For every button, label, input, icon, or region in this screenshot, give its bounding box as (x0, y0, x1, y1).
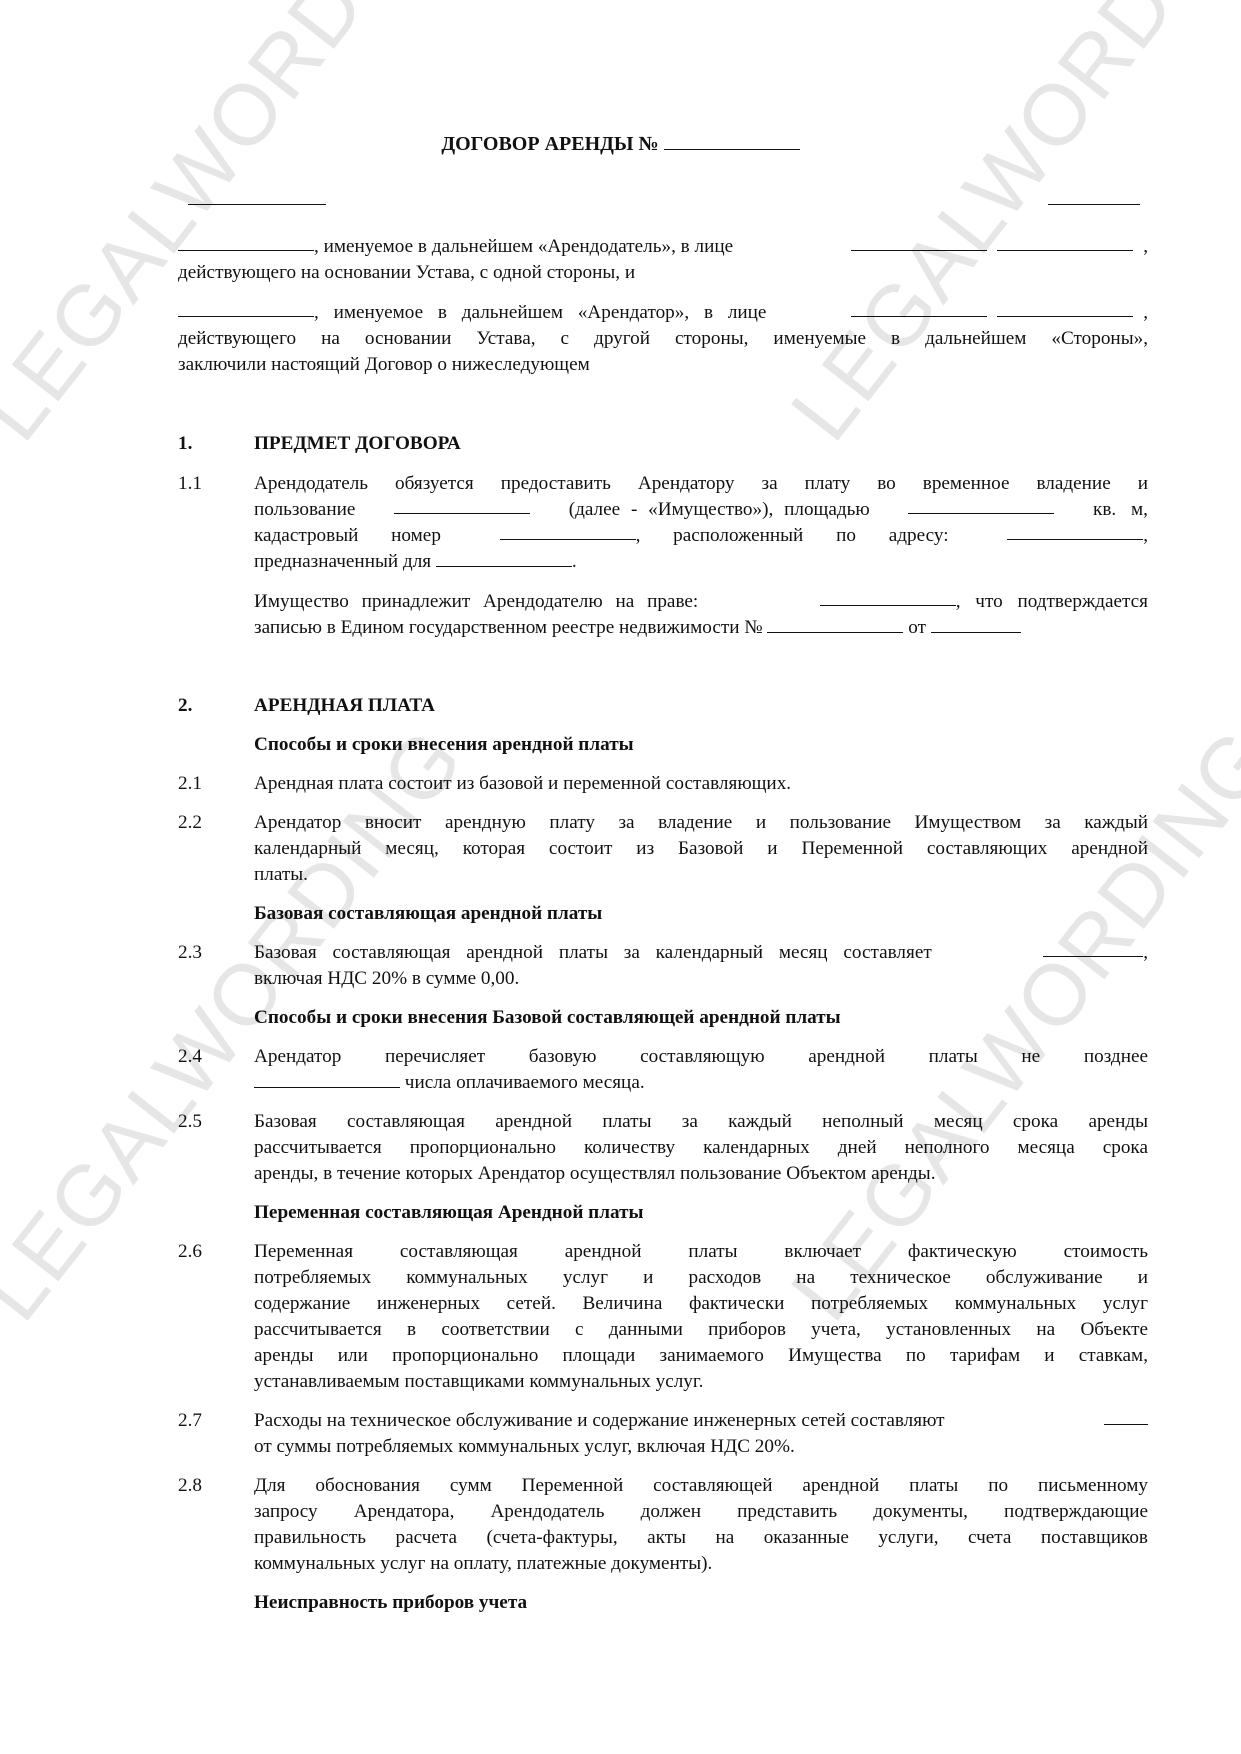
clause-1-1-line3: кадастровый номер , расположенный по адр… (254, 523, 1148, 549)
egrn-date-blank[interactable] (931, 616, 1021, 633)
clause-2-2-line2: календарный месяц, которая состоит из Ба… (254, 836, 1148, 862)
intro-landlord-line2: действующего на основании Устава, с одно… (178, 260, 635, 286)
clause-2-4-line2: числа оплачиваемого месяца. (254, 1070, 645, 1096)
landlord-rep-position-blank[interactable] (851, 234, 987, 251)
clause-2-5-number: 2.5 (178, 1109, 202, 1135)
area-blank[interactable] (908, 497, 1054, 514)
tenant-rep-name-blank[interactable] (997, 300, 1133, 317)
tenant-rep-position-blank[interactable] (851, 300, 987, 317)
document-title: ДОГОВОР АРЕНДЫ № (0, 133, 1241, 156)
clause-2-6-number: 2.6 (178, 1239, 202, 1265)
clause-2-7-line1: Расходы на техническое обслуживание и со… (254, 1408, 1148, 1434)
landlord-name-blank[interactable] (178, 234, 314, 251)
clause-2-2-line1: Арендатор вносит арендную плату за владе… (254, 810, 1148, 836)
clause-2-8-line2: запросу Арендатора, Арендодатель должен … (254, 1499, 1148, 1525)
clause-2-8-line3: правильность расчета (счета-фактуры, акт… (254, 1525, 1148, 1551)
watermark: LEGALWORDING (772, 0, 1241, 459)
intro-tenant-line2: действующего на основании Устава, с друг… (178, 326, 1148, 352)
ownership-right-blank[interactable] (820, 589, 956, 606)
intro-landlord-line: , именуемое в дальнейшем «Арендодатель»,… (178, 234, 1148, 260)
section-2-heading: АРЕНДНАЯ ПЛАТА (254, 693, 435, 719)
clause-2-8-number: 2.8 (178, 1473, 202, 1499)
clause-2-4-number: 2.4 (178, 1044, 202, 1070)
subheading-payment-methods: Способы и сроки внесения арендной платы (254, 732, 634, 758)
watermark: LEGALWORDING (0, 0, 483, 459)
clause-2-6-line1: Переменная составляющая арендной платы в… (254, 1239, 1148, 1265)
egrn-number-blank[interactable] (767, 616, 903, 633)
base-rent-amount-blank[interactable] (1043, 940, 1143, 957)
clause-2-6-line5: аренды или пропорционально площади заним… (254, 1343, 1148, 1369)
subheading-meter-malfunction: Неисправность приборов учета (254, 1590, 527, 1616)
date-blank[interactable] (1048, 204, 1140, 205)
address-blank[interactable] (1007, 523, 1143, 540)
landlord-rep-name-blank[interactable] (997, 234, 1133, 251)
clause-2-2-number: 2.2 (178, 810, 202, 836)
clause-2-5-line2: рассчитывается пропорционально количеств… (254, 1135, 1148, 1161)
clause-2-6-line4: рассчитывается в соответствии с данными … (254, 1317, 1148, 1343)
clause-1-1-line4: предназначенный для . (254, 549, 577, 575)
clause-2-1-number: 2.1 (178, 771, 202, 797)
clause-2-3-number: 2.3 (178, 940, 202, 966)
intro-tenant-line: , именуемое в дальнейшем «Арендатор», в … (178, 300, 1148, 326)
contract-number-blank[interactable] (664, 133, 800, 150)
clause-2-6-line6: устанавливаемым поставщиками коммунальны… (254, 1369, 703, 1395)
clause-2-8-line4: коммунальных услуг на оплату, платежные … (254, 1551, 712, 1577)
maintenance-percent-blank[interactable] (1104, 1408, 1148, 1425)
cadastral-number-blank[interactable] (500, 523, 636, 540)
subheading-base-payment-terms: Способы и сроки внесения Базовой составл… (254, 1005, 841, 1031)
purpose-blank[interactable] (436, 550, 572, 567)
tenant-name-blank[interactable] (178, 300, 314, 317)
city-blank[interactable] (188, 204, 326, 205)
clause-2-8-line1: Для обоснования сумм Переменной составля… (254, 1473, 1148, 1499)
ownership-line1: Имущество принадлежит Арендодателю на пр… (254, 589, 1148, 615)
payment-day-blank[interactable] (254, 1071, 400, 1088)
document-page: LEGALWORDING LEGALWORDING LEGALWORDING L… (0, 0, 1241, 1754)
section-1-number: 1. (178, 431, 192, 457)
property-name-blank[interactable] (394, 497, 530, 514)
clause-2-6-line3: содержание инженерных сетей. Величина фа… (254, 1291, 1148, 1317)
clause-2-5-line1: Базовая составляющая арендной платы за к… (254, 1109, 1148, 1135)
clause-2-7-number: 2.7 (178, 1408, 202, 1434)
clause-2-5-line3: аренды, в течение которых Арендатор осущ… (254, 1161, 936, 1187)
clause-2-7-line2: от суммы потребляемых коммунальных услуг… (254, 1434, 795, 1460)
section-1-heading: ПРЕДМЕТ ДОГОВОРА (254, 431, 461, 457)
ownership-line2: записью в Едином государственном реестре… (254, 615, 1021, 641)
section-2-number: 2. (178, 693, 192, 719)
clause-1-1-line2: пользование (далее - «Имущество»), площа… (254, 497, 1148, 523)
clause-1-1-number: 1.1 (178, 471, 202, 497)
clause-1-1-line1: Арендодатель обязуется предоставить Арен… (254, 471, 1148, 497)
intro-tenant-line3: заключили настоящий Договор о нижеследую… (178, 352, 590, 378)
subheading-variable-component: Переменная составляющая Арендной платы (254, 1200, 644, 1226)
clause-2-3-line1: Базовая составляющая арендной платы за к… (254, 940, 1148, 966)
subheading-base-component: Базовая составляющая арендной платы (254, 901, 602, 927)
clause-2-1-text: Арендная плата состоит из базовой и пере… (254, 771, 791, 797)
clause-2-2-line3: платы. (254, 862, 308, 888)
clause-2-6-line2: потребляемых коммунальных услуг и расход… (254, 1265, 1148, 1291)
clause-2-4-line1: Арендатор перечисляет базовую составляющ… (254, 1044, 1148, 1070)
clause-2-3-line2: включая НДС 20% в сумме 0,00. (254, 966, 519, 992)
